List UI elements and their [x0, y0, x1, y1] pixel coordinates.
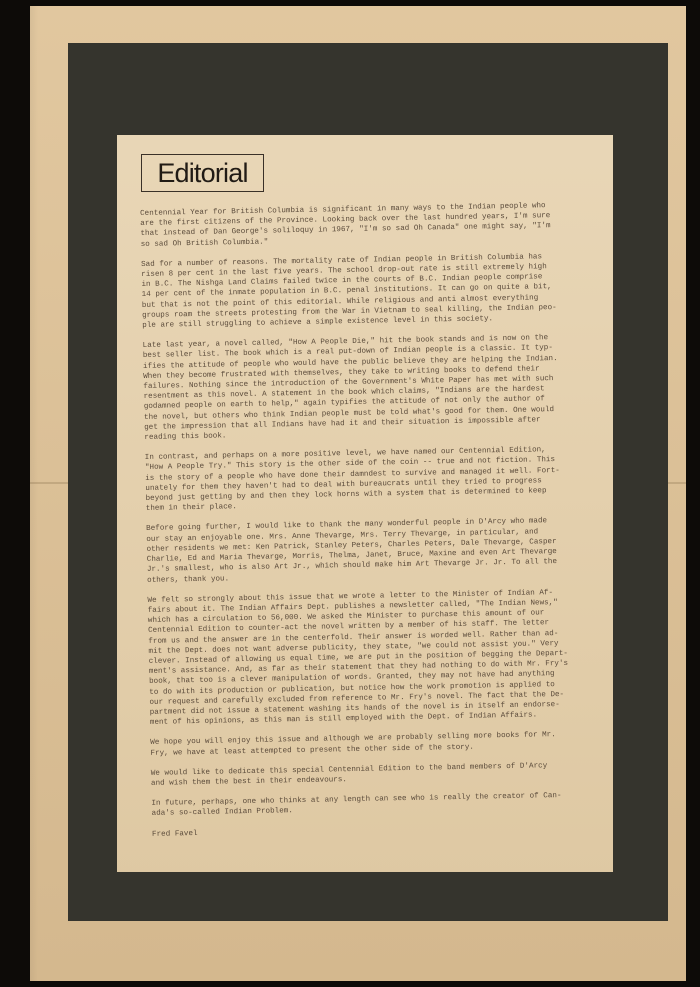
editorial-heading-box: Editorial — [141, 154, 264, 192]
paragraph-4: In contrast, and perhaps on a more posit… — [145, 445, 592, 515]
paragraph-7: We hope you will enjoy this issue and al… — [150, 730, 596, 759]
editorial-body: Centennial Year for British Columbia is … — [140, 200, 598, 849]
paragraph-6: We felt so strongly about this issue tha… — [147, 587, 595, 728]
paragraph-1: Centennial Year for British Columbia is … — [140, 200, 587, 249]
paragraph-8: We would like to dedicate this special C… — [151, 760, 597, 789]
paragraph-2: Sad for a number of reasons. The mortali… — [141, 251, 588, 331]
paragraph-3: Late last year, a novel called, "How A P… — [143, 333, 591, 444]
paragraph-5: Before going further, I would like to th… — [146, 516, 593, 586]
paragraph-9: In future, perhaps, one who thinks at an… — [151, 790, 597, 819]
signature: Fred Favel — [152, 821, 598, 840]
editorial-heading: Editorial — [157, 160, 247, 187]
